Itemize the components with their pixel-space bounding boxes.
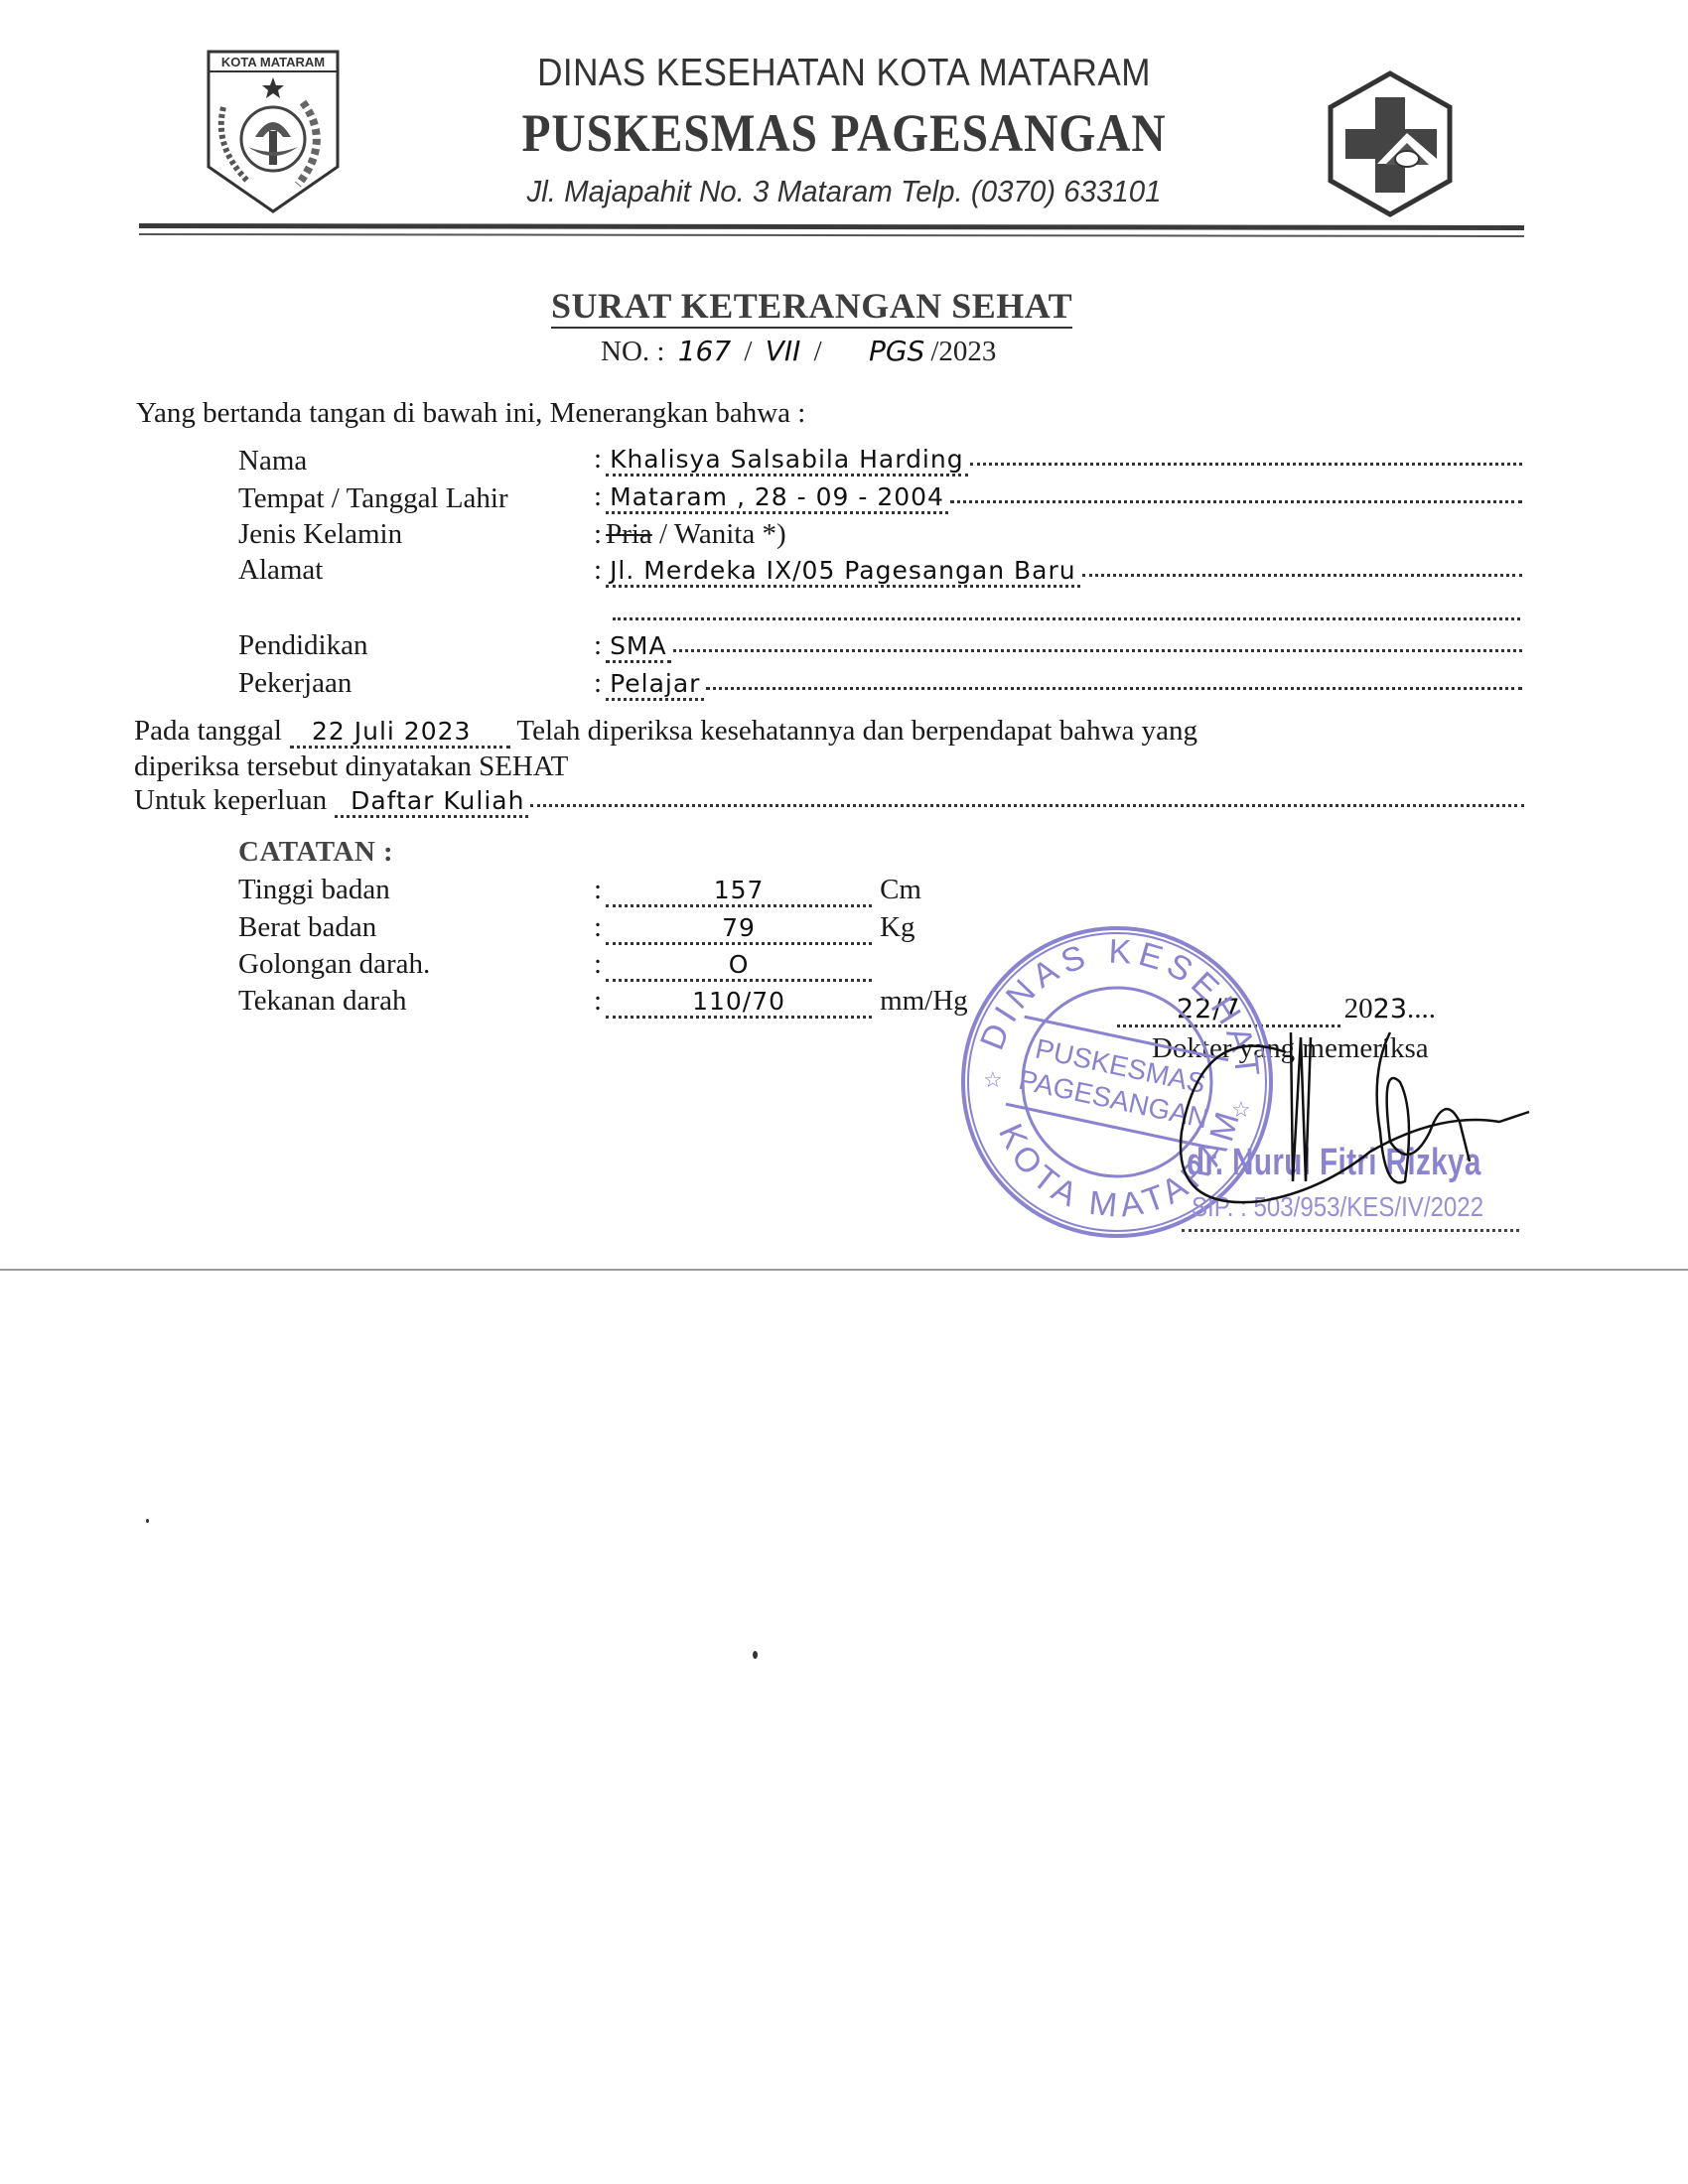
value-tekanan-darah: 110/70 — [606, 987, 872, 1019]
label-pekerjaan: Pekerjaan — [238, 667, 352, 700]
scan-speck — [753, 1651, 758, 1659]
field-golongan-darah: :O — [594, 948, 872, 982]
exam-statement: Telah diperiksa kesehatannya dan berpend… — [516, 715, 1197, 748]
field-tinggi: :157Cm — [594, 874, 921, 907]
field-tekanan-darah: :110/70mm/Hg — [594, 985, 968, 1019]
label-nama: Nama — [238, 445, 307, 478]
letterhead-rule-thick — [139, 223, 1524, 230]
number-month: VII — [766, 335, 801, 367]
field-berat: :79Kg — [594, 911, 915, 945]
number-seq: 167 — [678, 335, 731, 367]
label-pendidikan: Pendidikan — [238, 629, 368, 662]
value-nama: Khalisya Salsabila Harding — [606, 445, 968, 477]
field-nama: :Khalisya Salsabila Harding — [594, 443, 1522, 477]
document-title: SURAT KETERANGAN SEHAT — [551, 285, 1072, 329]
exam-statement-2: diperiksa tersebut dinyatakan SEHAT — [134, 751, 568, 783]
value-berat: 79 — [606, 913, 872, 945]
label-alamat: Alamat — [238, 554, 323, 587]
handwritten-signature — [1142, 1013, 1539, 1241]
value-wanita: / Wanita *) — [659, 518, 786, 551]
label-jenis-kelamin: Jenis Kelamin — [238, 518, 402, 551]
value-pria-struck: Pria — [606, 518, 652, 551]
number-code: PGS — [869, 335, 924, 367]
agency-name: DINAS KESEHATAN KOTA MATARAM — [504, 52, 1184, 95]
purpose-line: Untuk keperluan Daftar Kuliah — [134, 784, 1524, 818]
value-pekerjaan: Pelajar — [606, 669, 704, 701]
value-tinggi: 157 — [606, 876, 872, 907]
label-berat: Berat badan — [238, 911, 376, 944]
facility-name: PUSKESMAS PAGESANGAN — [469, 102, 1220, 164]
purpose-value: Daftar Kuliah — [335, 786, 528, 818]
svg-text:KOTA MATARAM: KOTA MATARAM — [221, 55, 325, 69]
field-alamat: :Jl. Merdeka IX/05 Pagesangan Baru — [594, 554, 1522, 588]
page-edge-line — [0, 1269, 1688, 1271]
label-tekanan-darah: Tekanan darah — [238, 985, 406, 1018]
letterhead-rule-thin — [139, 233, 1524, 237]
number-year: /2023 — [930, 336, 996, 367]
unit-tinggi: Cm — [880, 874, 921, 906]
exam-prefix: Pada tanggal — [134, 715, 282, 748]
number-label: NO. : — [601, 336, 664, 367]
field-ttl: :Mataram , 28 - 09 - 2004 — [594, 480, 1522, 514]
number-sep: / — [744, 336, 752, 367]
document-number: NO. : 167 / VII / PGS/2023 — [601, 335, 996, 368]
purpose-label: Untuk keperluan — [134, 784, 327, 817]
field-pekerjaan: :Pelajar — [594, 667, 1522, 701]
intro-text: Yang bertanda tangan di bawah ini, Mener… — [136, 397, 805, 430]
kota-mataram-coat-of-arms-icon: KOTA MATARAM — [204, 48, 343, 216]
scan-speck — [146, 1519, 149, 1523]
value-alamat: Jl. Merdeka IX/05 Pagesangan Baru — [606, 556, 1080, 588]
value-ttl: Mataram , 28 - 09 - 2004 — [606, 482, 948, 514]
facility-address: Jl. Majapahit No. 3 Mataram Telp. (0370)… — [458, 174, 1231, 209]
label-tinggi: Tinggi badan — [238, 874, 390, 906]
label-golongan-darah: Golongan darah. — [238, 948, 430, 981]
field-jenis-kelamin: :Pria / Wanita *) — [594, 518, 786, 551]
unit-berat: Kg — [880, 911, 914, 944]
alamat-continuation-line — [613, 617, 1520, 620]
exam-date: 22 Juli 2023 — [290, 717, 510, 749]
field-pendidikan: :SMA — [594, 629, 1522, 663]
value-golongan-darah: O — [606, 950, 872, 982]
number-sep: / — [814, 336, 822, 367]
value-pendidikan: SMA — [606, 631, 671, 663]
catatan-title: CATATAN : — [238, 836, 393, 869]
svg-text:☆: ☆ — [983, 1067, 1003, 1092]
exam-statement-line: Pada tanggal 22 Juli 2023 Telah diperiks… — [134, 715, 1524, 749]
puskesmas-hexagon-cross-icon — [1326, 69, 1455, 218]
label-ttl: Tempat / Tanggal Lahir — [238, 482, 508, 515]
